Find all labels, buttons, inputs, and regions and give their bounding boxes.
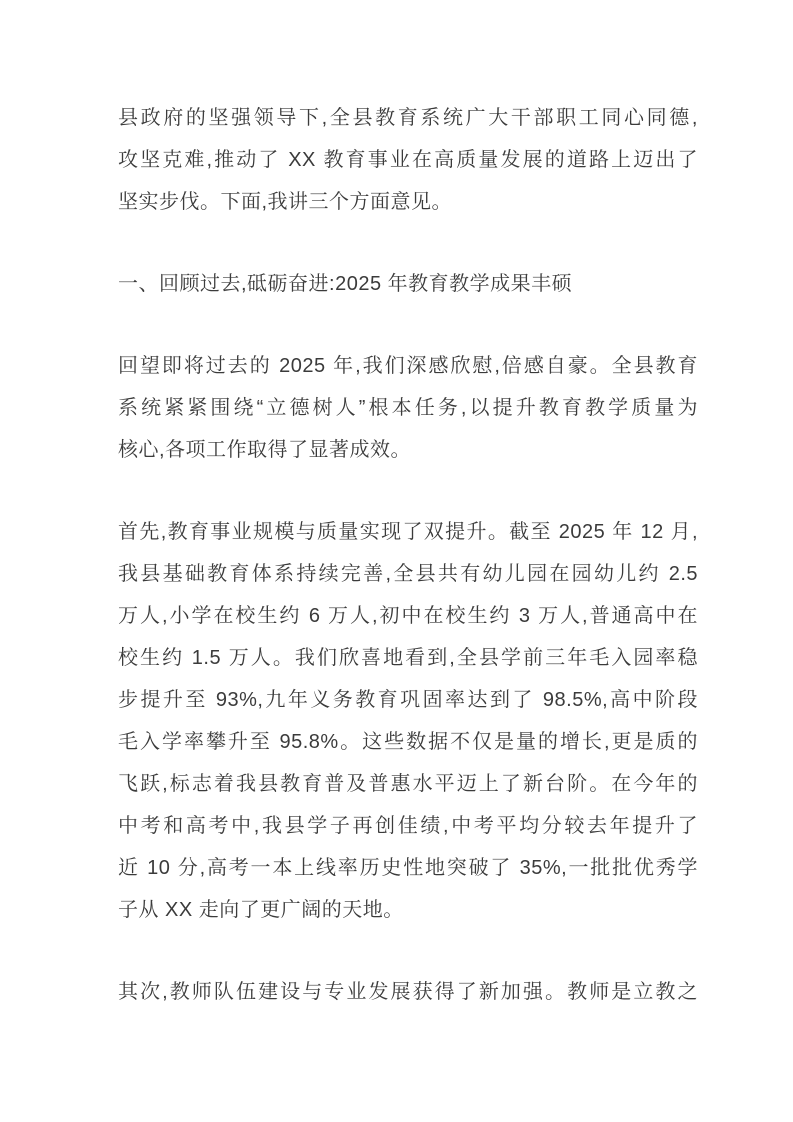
text-line: 系统紧紧围绕“立德树人”根本任务,以提升教育教学质量为 [118, 387, 698, 429]
text-line: 近 10 分,高考一本上线率历史性地突破了 35%,一批批优秀学 [118, 847, 698, 889]
text-line: 回望即将过去的 2025 年,我们深感欣慰,倍感自豪。全县教育 [118, 345, 698, 387]
paragraph: 首先,教育事业规模与质量实现了双提升。截至 2025 年 12 月, 我县基础教… [118, 511, 698, 931]
section-heading: 一、回顾过去,砥砺奋进:2025 年教育教学成果丰硕 [118, 263, 698, 305]
paragraph: 其次,教师队伍建设与专业发展获得了新加强。教师是立教之 [118, 971, 698, 1013]
document-content: 县政府的坚强领导下,全县教育系统广大干部职工同心同德, 攻坚克难,推动了 XX … [118, 97, 698, 1013]
text-line: 首先,教育事业规模与质量实现了双提升。截至 2025 年 12 月, [118, 511, 698, 553]
text-line: 校生约 1.5 万人。我们欣喜地看到,全县学前三年毛入园率稳 [118, 637, 698, 679]
text-line: 核心,各项工作取得了显著成效。 [118, 429, 698, 471]
text-line: 子从 XX 走向了更广阔的天地。 [118, 889, 698, 931]
paragraph: 县政府的坚强领导下,全县教育系统广大干部职工同心同德, 攻坚克难,推动了 XX … [118, 97, 698, 223]
text-line: 县政府的坚强领导下,全县教育系统广大干部职工同心同德, [118, 97, 698, 139]
text-line: 毛入学率攀升至 95.8%。这些数据不仅是量的增长,更是质的 [118, 721, 698, 763]
text-line: 攻坚克难,推动了 XX 教育事业在高质量发展的道路上迈出了 [118, 139, 698, 181]
text-line: 中考和高考中,我县学子再创佳绩,中考平均分较去年提升了 [118, 805, 698, 847]
text-line: 其次,教师队伍建设与专业发展获得了新加强。教师是立教之 [118, 971, 698, 1013]
text-line: 坚实步伐。下面,我讲三个方面意见。 [118, 181, 698, 223]
heading-text: 一、回顾过去,砥砺奋进:2025 年教育教学成果丰硕 [118, 263, 698, 305]
text-line: 飞跃,标志着我县教育普及普惠水平迈上了新台阶。在今年的 [118, 763, 698, 805]
text-line: 万人,小学在校生约 6 万人,初中在校生约 3 万人,普通高中在 [118, 595, 698, 637]
paragraph: 回望即将过去的 2025 年,我们深感欣慰,倍感自豪。全县教育 系统紧紧围绕“立… [118, 345, 698, 471]
text-line: 我县基础教育体系持续完善,全县共有幼儿园在园幼儿约 2.5 [118, 553, 698, 595]
text-line: 步提升至 93%,九年义务教育巩固率达到了 98.5%,高中阶段 [118, 679, 698, 721]
document-page: 县政府的坚强领导下,全县教育系统广大干部职工同心同德, 攻坚克难,推动了 XX … [0, 0, 793, 1122]
